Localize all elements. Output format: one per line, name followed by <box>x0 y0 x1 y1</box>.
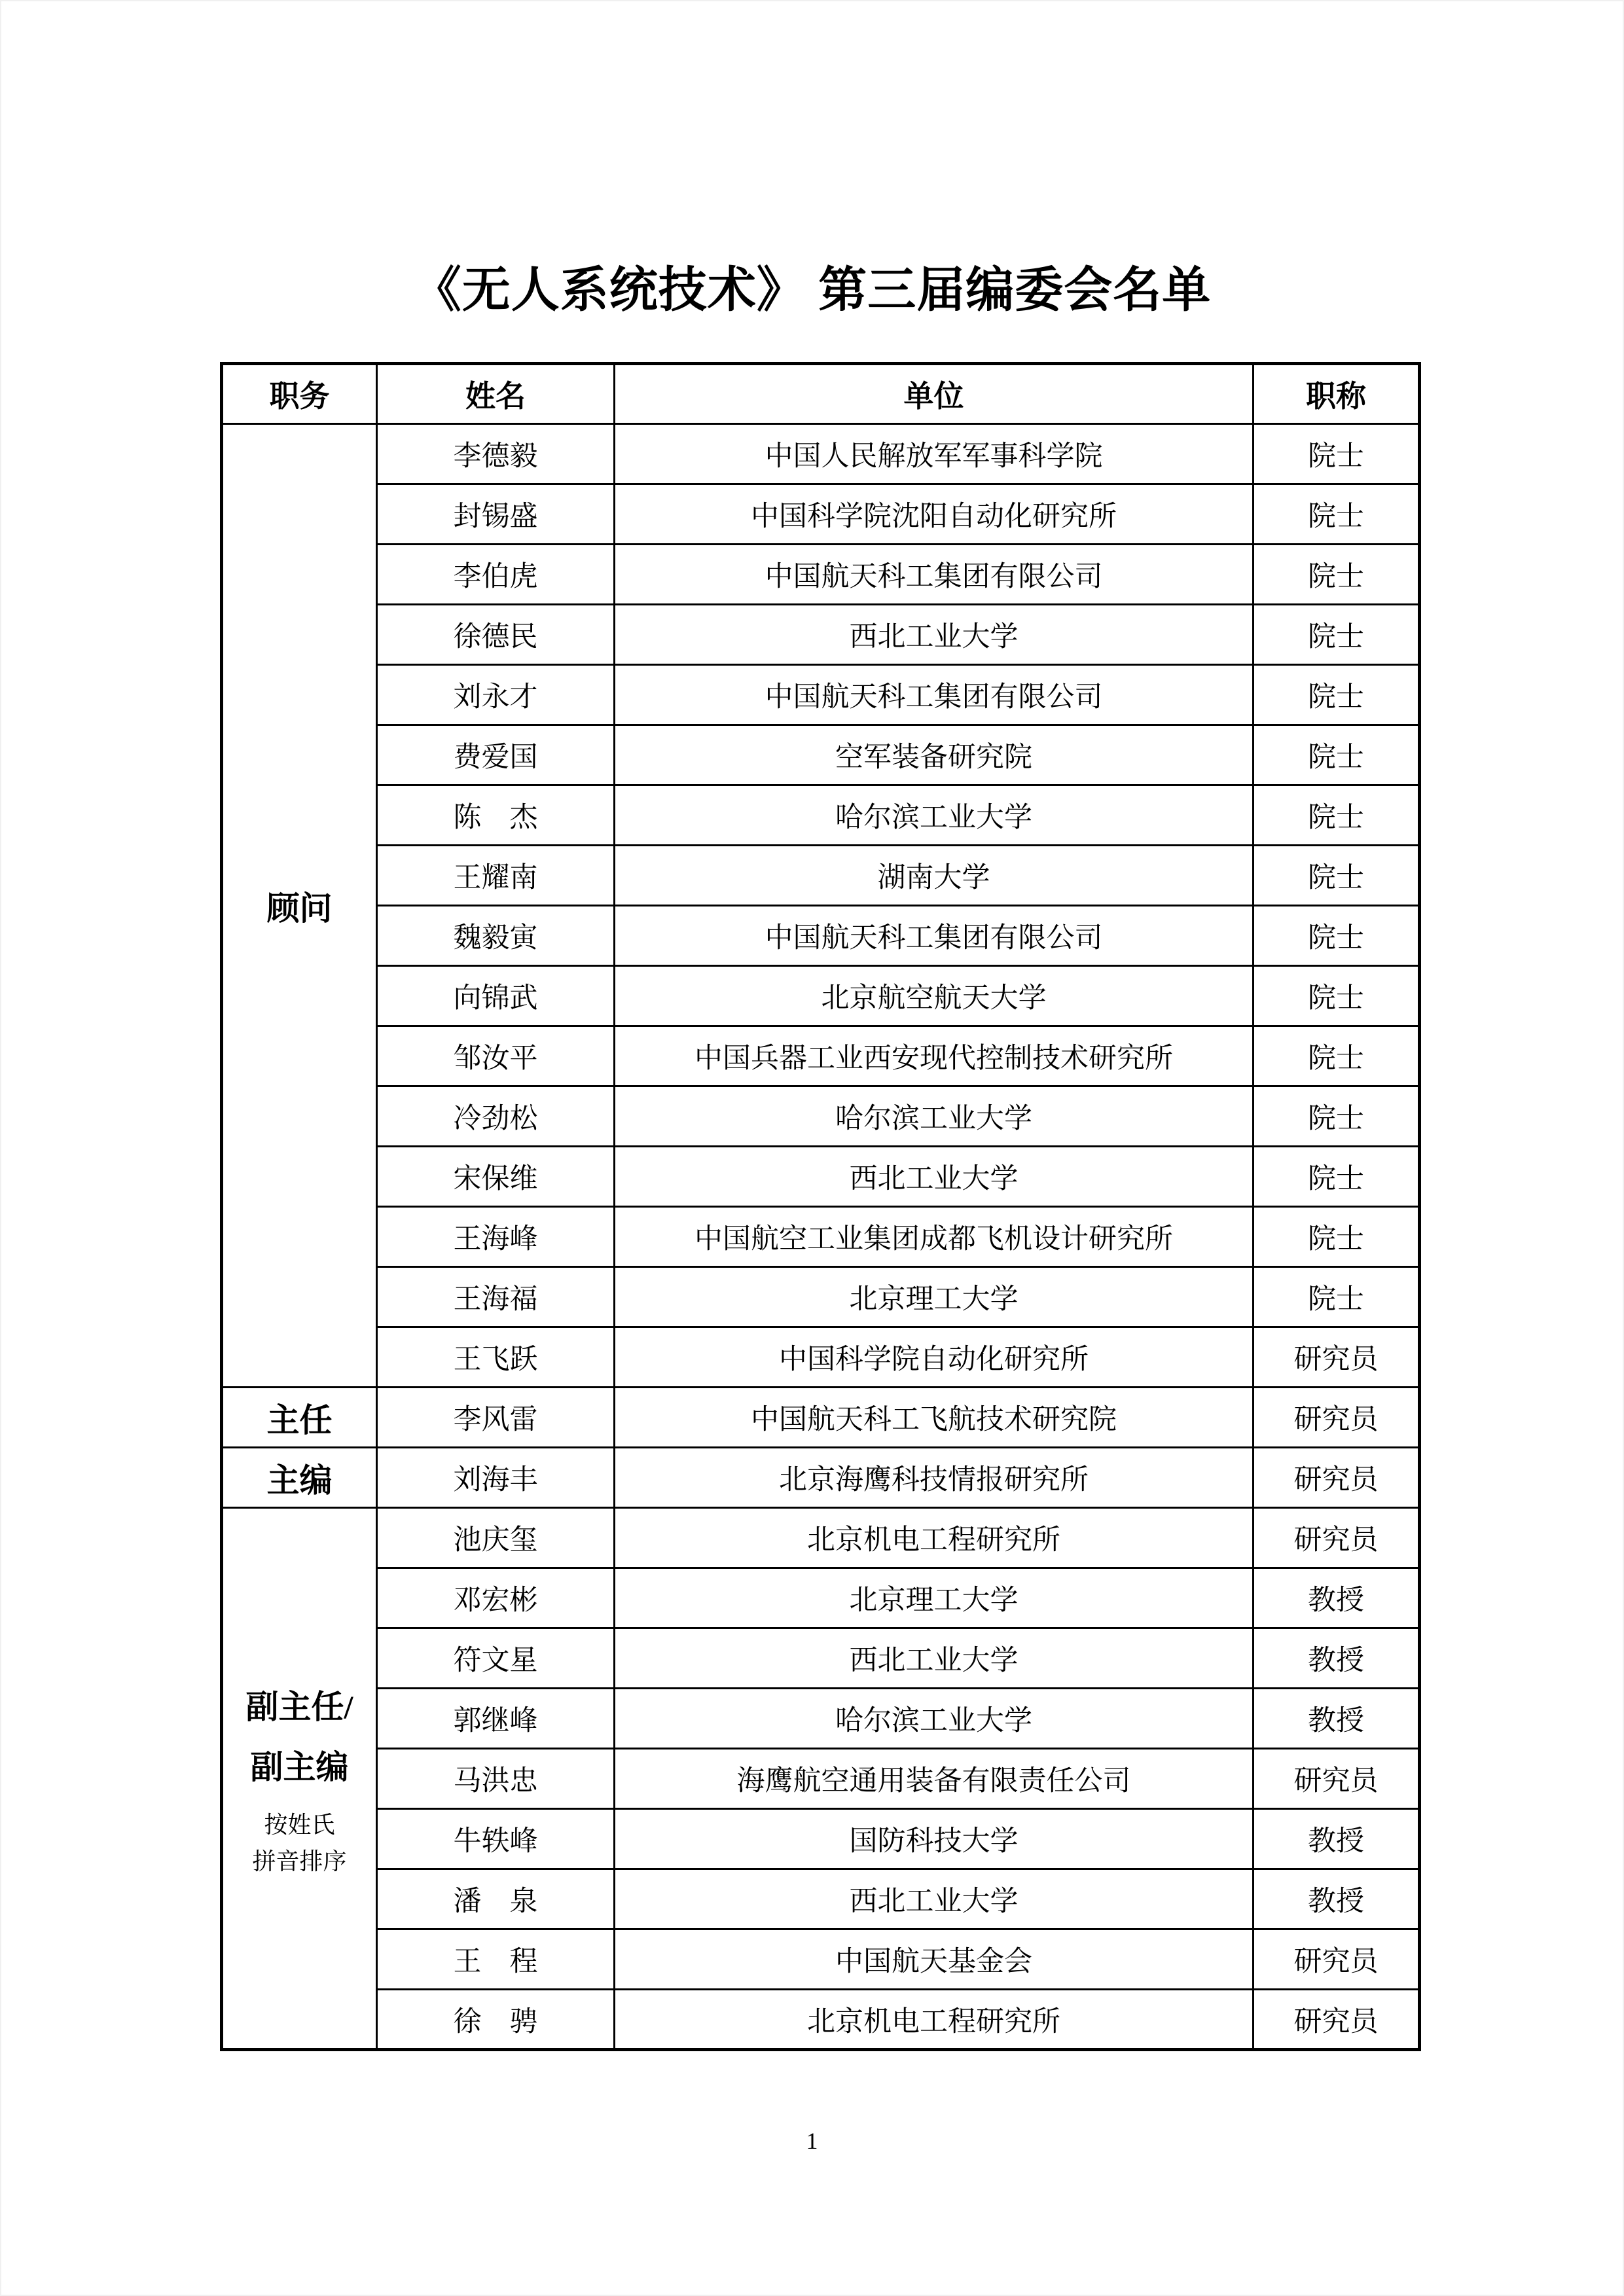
column-header-position: 职务 <box>222 364 377 424</box>
member-title-cell: 院士 <box>1254 1267 1420 1327</box>
member-name-cell: 冷劲松 <box>377 1086 615 1147</box>
table-header-row: 职务 姓名 单位 职称 <box>222 364 1420 424</box>
role-cell-director: 主任 <box>222 1388 377 1448</box>
member-title-cell: 院士 <box>1254 1026 1420 1086</box>
table-row: 王飞跃 中国科学院自动化研究所 研究员 <box>222 1327 1420 1388</box>
member-title-cell: 研究员 <box>1254 1990 1420 2050</box>
column-header-title: 职称 <box>1254 364 1420 424</box>
member-name-cell: 宋保维 <box>377 1147 615 1207</box>
member-title-cell: 教授 <box>1254 1869 1420 1929</box>
table-row: 李伯虎 中国航天科工集团有限公司 院士 <box>222 545 1420 605</box>
member-title-cell: 研究员 <box>1254 1749 1420 1809</box>
member-title-cell: 研究员 <box>1254 1327 1420 1388</box>
table-row: 徐德民 西北工业大学 院士 <box>222 605 1420 665</box>
member-name-cell: 池庆玺 <box>377 1508 615 1568</box>
table-row: 邓宏彬 北京理工大学 教授 <box>222 1568 1420 1628</box>
member-title-cell: 研究员 <box>1254 1388 1420 1448</box>
member-org-cell: 北京海鹰科技情报研究所 <box>615 1448 1254 1508</box>
member-org-cell: 哈尔滨工业大学 <box>615 1689 1254 1749</box>
member-org-cell: 北京理工大学 <box>615 1568 1254 1628</box>
member-title-cell: 研究员 <box>1254 1929 1420 1990</box>
member-org-cell: 西北工业大学 <box>615 605 1254 665</box>
table-row: 符文星 西北工业大学 教授 <box>222 1628 1420 1689</box>
member-org-cell: 中国兵器工业西安现代控制技术研究所 <box>615 1026 1254 1086</box>
member-org-cell: 中国航天科工飞航技术研究院 <box>615 1388 1254 1448</box>
member-name-cell: 刘永才 <box>377 665 615 725</box>
table-row: 马洪忠 海鹰航空通用装备有限责任公司 研究员 <box>222 1749 1420 1809</box>
member-org-cell: 西北工业大学 <box>615 1628 1254 1689</box>
member-org-cell: 北京理工大学 <box>615 1267 1254 1327</box>
table-row: 向锦武 北京航空航天大学 院士 <box>222 966 1420 1026</box>
member-name-cell: 费爱国 <box>377 725 615 785</box>
member-org-cell: 北京航空航天大学 <box>615 966 1254 1026</box>
member-org-cell: 中国科学院自动化研究所 <box>615 1327 1254 1388</box>
member-title-cell: 院士 <box>1254 1086 1420 1147</box>
member-org-cell: 北京机电工程研究所 <box>615 1508 1254 1568</box>
member-title-cell: 教授 <box>1254 1689 1420 1749</box>
table-row: 主编 刘海丰 北京海鹰科技情报研究所 研究员 <box>222 1448 1420 1508</box>
member-org-cell: 中国航天科工集团有限公司 <box>615 906 1254 966</box>
member-org-cell: 中国航天科工集团有限公司 <box>615 545 1254 605</box>
member-org-cell: 西北工业大学 <box>615 1869 1254 1929</box>
member-name-cell: 符文星 <box>377 1628 615 1689</box>
member-org-cell: 国防科技大学 <box>615 1809 1254 1869</box>
table-row: 刘永才 中国航天科工集团有限公司 院士 <box>222 665 1420 725</box>
page-number: 1 <box>0 2127 1624 2155</box>
member-title-cell: 院士 <box>1254 545 1420 605</box>
table-row: 王 程 中国航天基金会 研究员 <box>222 1929 1420 1990</box>
member-name-cell: 邓宏彬 <box>377 1568 615 1628</box>
table-row: 王耀南 湖南大学 院士 <box>222 846 1420 906</box>
member-name-cell: 李德毅 <box>377 424 615 484</box>
member-name-cell: 王海峰 <box>377 1207 615 1267</box>
member-title-cell: 院士 <box>1254 484 1420 545</box>
member-name-cell: 李风雷 <box>377 1388 615 1448</box>
member-title-cell: 院士 <box>1254 665 1420 725</box>
member-name-cell: 马洪忠 <box>377 1749 615 1809</box>
member-org-cell: 中国航天基金会 <box>615 1929 1254 1990</box>
role-cell-advisor: 顾问 <box>222 424 377 1388</box>
table-row: 副主任/ 副主编 按姓氏 拼音排序 池庆玺 北京机电工程研究所 研究员 <box>222 1508 1420 1568</box>
member-org-cell: 中国航空工业集团成都飞机设计研究所 <box>615 1207 1254 1267</box>
member-org-cell: 中国人民解放军军事科学院 <box>615 424 1254 484</box>
member-name-cell: 徐 骋 <box>377 1990 615 2050</box>
member-name-cell: 魏毅寅 <box>377 906 615 966</box>
role-deputy-note-1: 按姓氏 <box>223 1807 376 1844</box>
member-org-cell: 北京机电工程研究所 <box>615 1990 1254 2050</box>
role-cell-chief-editor: 主编 <box>222 1448 377 1508</box>
table-row: 王海福 北京理工大学 院士 <box>222 1267 1420 1327</box>
editorial-board-table: 职务 姓名 单位 职称 顾问 李德毅 中国人民解放军军事科学院 院士 封锡盛 中… <box>220 362 1421 2051</box>
member-name-cell: 潘 泉 <box>377 1869 615 1929</box>
member-name-cell: 徐德民 <box>377 605 615 665</box>
member-name-cell: 王耀南 <box>377 846 615 906</box>
column-header-organization: 单位 <box>615 364 1254 424</box>
member-org-cell: 空军装备研究院 <box>615 725 1254 785</box>
member-name-cell: 邹汝平 <box>377 1026 615 1086</box>
member-title-cell: 院士 <box>1254 966 1420 1026</box>
member-title-cell: 研究员 <box>1254 1448 1420 1508</box>
member-title-cell: 院士 <box>1254 1147 1420 1207</box>
table-row: 潘 泉 西北工业大学 教授 <box>222 1869 1420 1929</box>
member-name-cell: 郭继峰 <box>377 1689 615 1749</box>
member-title-cell: 院士 <box>1254 424 1420 484</box>
member-title-cell: 院士 <box>1254 906 1420 966</box>
member-name-cell: 李伯虎 <box>377 545 615 605</box>
member-title-cell: 院士 <box>1254 846 1420 906</box>
member-title-cell: 教授 <box>1254 1628 1420 1689</box>
member-title-cell: 教授 <box>1254 1568 1420 1628</box>
role-cell-deputy: 副主任/ 副主编 按姓氏 拼音排序 <box>222 1508 377 2050</box>
member-org-cell: 哈尔滨工业大学 <box>615 785 1254 846</box>
member-title-cell: 院士 <box>1254 605 1420 665</box>
member-org-cell: 中国航天科工集团有限公司 <box>615 665 1254 725</box>
table-row: 魏毅寅 中国航天科工集团有限公司 院士 <box>222 906 1420 966</box>
table-row: 牛轶峰 国防科技大学 教授 <box>222 1809 1420 1869</box>
table-row: 王海峰 中国航空工业集团成都飞机设计研究所 院士 <box>222 1207 1420 1267</box>
table-row: 费爱国 空军装备研究院 院士 <box>222 725 1420 785</box>
table-row: 封锡盛 中国科学院沈阳自动化研究所 院士 <box>222 484 1420 545</box>
member-name-cell: 向锦武 <box>377 966 615 1026</box>
member-name-cell: 王飞跃 <box>377 1327 615 1388</box>
role-deputy-note-2: 拼音排序 <box>223 1844 376 1880</box>
table-row: 宋保维 西北工业大学 院士 <box>222 1147 1420 1207</box>
member-org-cell: 海鹰航空通用装备有限责任公司 <box>615 1749 1254 1809</box>
table-row: 徐 骋 北京机电工程研究所 研究员 <box>222 1990 1420 2050</box>
member-name-cell: 刘海丰 <box>377 1448 615 1508</box>
member-title-cell: 院士 <box>1254 1207 1420 1267</box>
member-org-cell: 湖南大学 <box>615 846 1254 906</box>
column-header-name: 姓名 <box>377 364 615 424</box>
table-row: 冷劲松 哈尔滨工业大学 院士 <box>222 1086 1420 1147</box>
member-org-cell: 中国科学院沈阳自动化研究所 <box>615 484 1254 545</box>
member-name-cell: 王 程 <box>377 1929 615 1990</box>
member-title-cell: 院士 <box>1254 785 1420 846</box>
role-deputy-line-2: 副主编 <box>223 1737 376 1798</box>
table-row: 主任 李风雷 中国航天科工飞航技术研究院 研究员 <box>222 1388 1420 1448</box>
member-name-cell: 封锡盛 <box>377 484 615 545</box>
member-title-cell: 院士 <box>1254 725 1420 785</box>
member-name-cell: 陈 杰 <box>377 785 615 846</box>
table-row: 邹汝平 中国兵器工业西安现代控制技术研究所 院士 <box>222 1026 1420 1086</box>
member-org-cell: 哈尔滨工业大学 <box>615 1086 1254 1147</box>
table-row: 顾问 李德毅 中国人民解放军军事科学院 院士 <box>222 424 1420 484</box>
member-title-cell: 研究员 <box>1254 1508 1420 1568</box>
member-name-cell: 王海福 <box>377 1267 615 1327</box>
role-deputy-line-1: 副主任/ <box>223 1677 376 1738</box>
page-title: 《无人系统技术》 第三届编委会名单 <box>0 251 1624 321</box>
member-org-cell: 西北工业大学 <box>615 1147 1254 1207</box>
member-name-cell: 牛轶峰 <box>377 1809 615 1869</box>
table-row: 郭继峰 哈尔滨工业大学 教授 <box>222 1689 1420 1749</box>
table-row: 陈 杰 哈尔滨工业大学 院士 <box>222 785 1420 846</box>
member-title-cell: 教授 <box>1254 1809 1420 1869</box>
